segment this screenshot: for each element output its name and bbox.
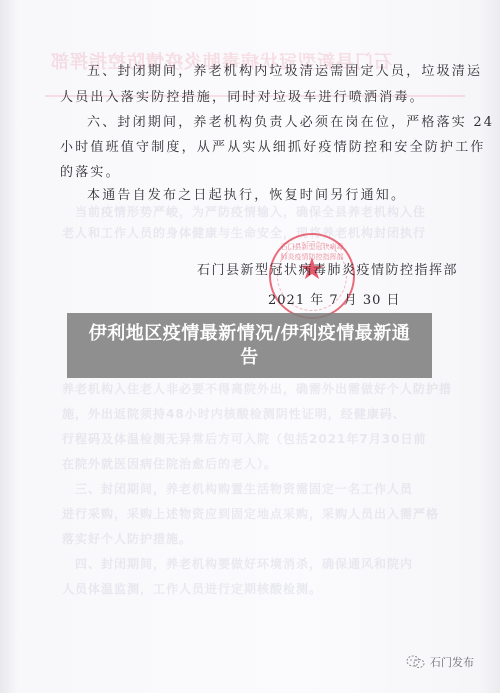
bleed-through-text: 人员体温监测，工作人员进行定期核酸检测。 [62, 580, 322, 597]
bleed-through-text: 进行采购，采购上述物资应到固定地点采购，采购人员出入需严格 [62, 505, 439, 522]
source-watermark: 石门发布 [406, 654, 474, 670]
paragraph-6-line-2: 小时值班值守制度，从严从实从细抓好疫情防控和安全防护工作 [60, 136, 486, 155]
bleed-through-text: 落实好个人防护措施。 [62, 530, 192, 547]
paragraph-6-line-3: 的落实。 [60, 161, 121, 180]
bleed-through-text: 施，外出返院须持48小时内核酸检测阴性证明，经健康码、 [62, 405, 406, 422]
bleed-through-text: 老人和工作人员的身体健康与生命安全，现将养老机构封闭执行 [62, 224, 426, 241]
title-banner: 伊利地区疫情最新情况/伊利疫情最新通告 [67, 313, 432, 378]
bleed-through-text: 行程码及体温检测无异常后方可入院（包括2021年7月30日前 [62, 430, 426, 447]
banner-title: 伊利地区疫情最新情况/伊利疫情最新通告 [80, 322, 420, 370]
wechat-icon [406, 655, 426, 669]
bleed-through-text: 三、封闭期间，养老机构购置生活物资需固定一名工作人员 [62, 480, 413, 497]
bleed-through-text: 当前疫情形势严峻，为严防疫情输入，确保全县养老机构入住 [62, 203, 426, 220]
bleed-through-text: 养老机构入住老人非必要不得离院外出，确需外出需做好个人防护措 [62, 380, 452, 397]
paragraph-5-line-2: 人员出入落实防控措施，同时对垃圾车进行喷洒消毒。 [60, 86, 425, 105]
paragraph-6-line-1: 六、封闭期间，养老机构负责人必须在岗在位，严格落实 24 [87, 111, 494, 130]
closing-statement: 本通告自发布之日起执行，恢复时间另行通知。 [87, 184, 406, 203]
watermark-label: 石门发布 [430, 654, 474, 670]
bleed-through-text: 在院外就医因病住院治愈后的老人）。 [62, 455, 277, 472]
paragraph-5-line-1: 五、封闭期间，养老机构内垃圾清运需固定人员，垃圾清运 [87, 60, 482, 79]
signature-date: 2021 年 7 月 30 日 [268, 289, 401, 308]
bleed-through-text: 四、封闭期间，养老机构要做好环境消杀，确保通风和院内 [62, 555, 413, 572]
signature-organization: 石门县新型冠状病毒肺炎疫情防控指挥部 [197, 259, 458, 278]
